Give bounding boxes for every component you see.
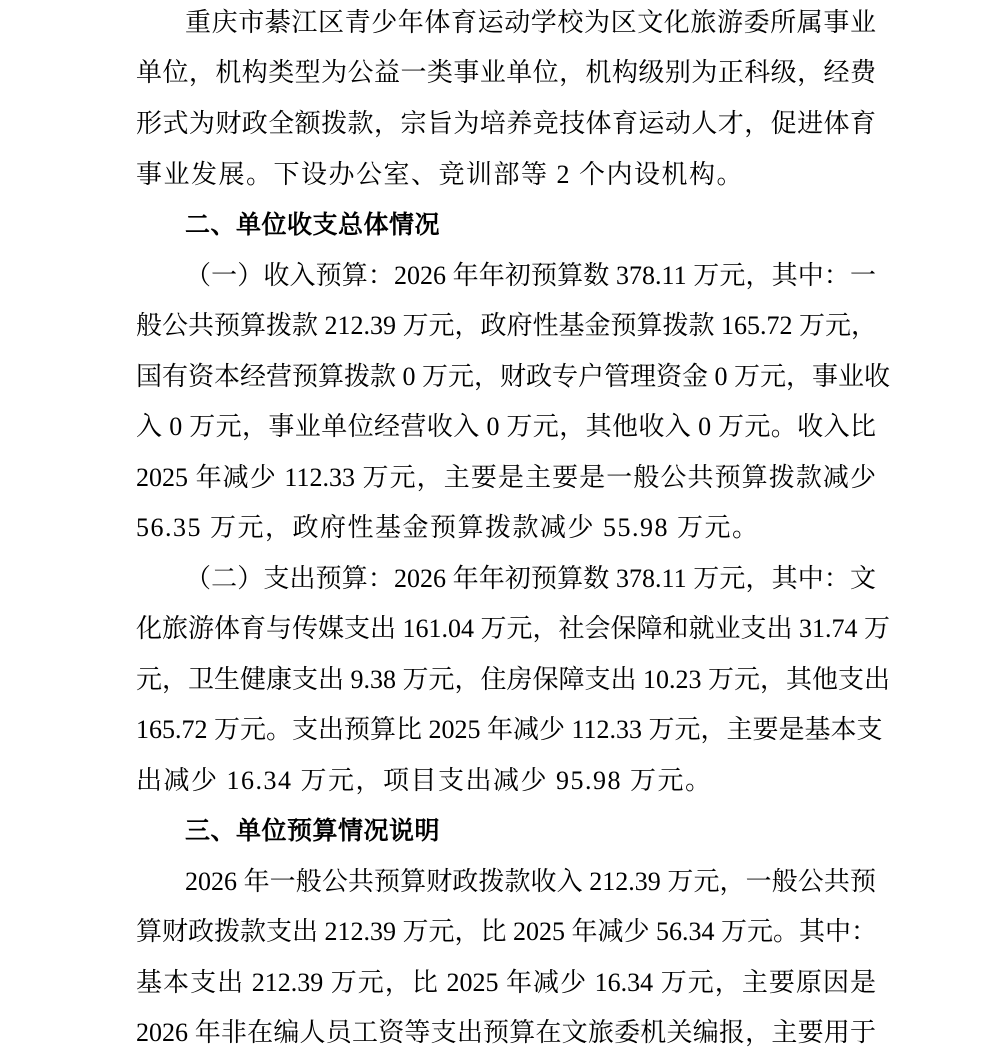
income-budget-line-4: 入 0 万元，事业单位经营收入 0 万元，其他收入 0 万元。收入比 bbox=[136, 402, 876, 452]
expense-budget-line-2: 化旅游体育与传媒支出 161.04 万元，社会保障和就业支出 31.74 万 bbox=[136, 604, 876, 654]
income-budget-line-1: （一）收入预算：2026 年年初预算数 378.11 万元，其中：一 bbox=[185, 251, 876, 301]
paragraph-intro-line-1: 重庆市綦江区青少年体育运动学校为区文化旅游委所属事业 bbox=[185, 0, 876, 48]
budget-explanation-line-1: 2026 年一般公共预算财政拨款收入 212.39 万元，一般公共预 bbox=[185, 857, 876, 907]
budget-explanation-line-4: 2026 年非在编人员工资等支出预算在文旅委机关编报，主要用于 bbox=[136, 1008, 876, 1053]
expense-budget-line-5: 出减少 16.34 万元，项目支出减少 95.98 万元。 bbox=[136, 756, 876, 806]
expense-budget-line-4: 165.72 万元。支出预算比 2025 年减少 112.33 万元，主要是基本… bbox=[136, 705, 876, 755]
income-budget-line-5: 2025 年减少 112.33 万元，主要是主要是一般公共预算拨款减少 bbox=[136, 453, 876, 503]
budget-explanation-line-3: 基本支出 212.39 万元，比 2025 年减少 16.34 万元，主要原因是 bbox=[136, 958, 876, 1008]
paragraph-intro-line-4: 事业发展。下设办公室、竞训部等 2 个内设机构。 bbox=[136, 150, 876, 200]
income-budget-line-6: 56.35 万元，政府性基金预算拨款减少 55.98 万元。 bbox=[136, 503, 876, 553]
income-budget-line-2: 般公共预算拨款 212.39 万元，政府性基金预算拨款 165.72 万元， bbox=[136, 301, 876, 351]
budget-explanation-line-2: 算财政拨款支出 212.39 万元，比 2025 年减少 56.34 万元。其中… bbox=[136, 907, 876, 957]
expense-budget-line-1: （二）支出预算：2026 年年初预算数 378.11 万元，其中：文 bbox=[185, 554, 876, 604]
section-heading-3: 三、单位预算情况说明 bbox=[185, 806, 685, 856]
paragraph-intro-line-3: 形式为财政全额拨款，宗旨为培养竞技体育运动人才，促进体育 bbox=[136, 99, 876, 149]
expense-budget-line-1-text: 2026 年年初预算数 378.11 万元，其中：文 bbox=[394, 564, 876, 593]
expense-budget-line-3: 元，卫生健康支出 9.38 万元，住房保障支出 10.23 万元，其他支出 bbox=[136, 655, 876, 705]
income-budget-line-1-text: 2026 年年初预算数 378.11 万元，其中：一 bbox=[394, 261, 876, 290]
income-budget-lead: （一）收入预算： bbox=[185, 261, 394, 291]
document-page: 重庆市綦江区青少年体育运动学校为区文化旅游委所属事业 单位，机构类型为公益一类事… bbox=[0, 0, 1000, 1053]
paragraph-intro-line-2: 单位，机构类型为公益一类事业单位，机构级别为正科级，经费 bbox=[136, 48, 876, 98]
income-budget-line-3: 国有资本经营预算拨款 0 万元，财政专户管理资金 0 万元，事业收 bbox=[136, 352, 876, 402]
expense-budget-lead: （二）支出预算： bbox=[185, 564, 394, 594]
section-heading-2: 二、单位收支总体情况 bbox=[185, 200, 685, 250]
